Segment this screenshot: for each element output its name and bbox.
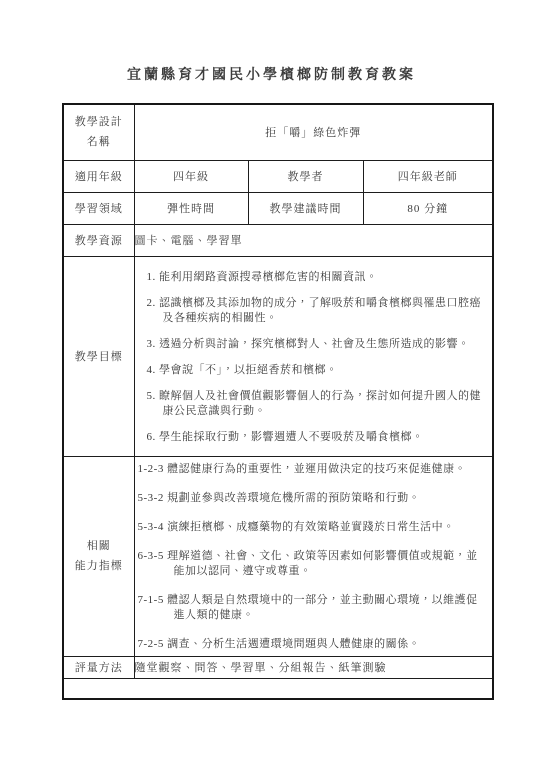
objective-item: 2. 認識檳榔及其添加物的成分，了解吸菸和嚼食檳榔與罹患口腔癌及各種疾病的相關性… — [147, 296, 487, 326]
indicators-label-line2: 能力指標 — [64, 556, 134, 576]
row-empty — [63, 678, 493, 699]
indicator-item: 7-2-5 調查、分析生活週遭環境問題與人體健康的關係。 — [138, 637, 489, 652]
resources-label: 教學資源 — [63, 224, 134, 256]
objectives-label: 教學目標 — [63, 256, 134, 456]
indicators-label: 相關 能力指標 — [63, 456, 134, 656]
indicators-list: 1-2-3 體認健康行為的重要性，並運用做決定的技巧來促進健康。 5-3-2 規… — [135, 457, 493, 656]
indicator-item: 5-3-2 規劃並參與改善環境危機所需的預防策略和行動。 — [138, 491, 489, 506]
indicator-item: 1-2-3 體認健康行為的重要性，並運用做決定的技巧來促進健康。 — [138, 462, 489, 477]
design-name-value: 拒「嚼」綠色炸彈 — [134, 104, 493, 160]
grade-value: 四年級 — [134, 160, 248, 192]
teacher-value: 四年級老師 — [363, 160, 493, 192]
resources-value: 圖卡、電腦、學習單 — [134, 224, 493, 256]
lesson-plan-table: 教學設計 名稱 拒「嚼」綠色炸彈 適用年級 四年級 教學者 四年級老師 學習領域… — [62, 103, 494, 700]
indicators-label-line1: 相關 — [64, 536, 134, 556]
row-resources: 教學資源 圖卡、電腦、學習單 — [63, 224, 493, 256]
page-title: 宜蘭縣育才國民小學檳榔防制教育教案 — [0, 64, 543, 84]
row-evaluation: 評量方法 隨堂觀察、問答、學習單、分組報告、紙筆測驗 — [63, 656, 493, 678]
objective-item: 5. 瞭解個人及社會價值觀影響個人的行為，探討如何提升國人的健康公民意識與行動。 — [147, 389, 487, 419]
empty-cell — [63, 678, 493, 699]
objective-item: 4. 學會說「不」，以拒絕香菸和檳榔。 — [147, 363, 487, 378]
row-grade-teacher: 適用年級 四年級 教學者 四年級老師 — [63, 160, 493, 192]
time-label: 教學建議時間 — [248, 192, 363, 224]
indicators-value: 1-2-3 體認健康行為的重要性，並運用做決定的技巧來促進健康。 5-3-2 規… — [134, 456, 493, 656]
teacher-label: 教學者 — [248, 160, 363, 192]
objective-item: 1. 能利用網路資源搜尋檳榔危害的相關資訊。 — [147, 270, 487, 285]
design-name-label: 教學設計 名稱 — [63, 104, 134, 160]
time-value: 80 分鐘 — [363, 192, 493, 224]
objective-item: 3. 透過分析與討論，探究檳榔對人、社會及生態所造成的影響。 — [147, 337, 487, 352]
indicator-item: 5-3-4 演練拒檳榔、成癮藥物的有效策略並實踐於日常生活中。 — [138, 520, 489, 535]
evaluation-value: 隨堂觀察、問答、學習單、分組報告、紙筆測驗 — [134, 656, 493, 678]
row-design-name: 教學設計 名稱 拒「嚼」綠色炸彈 — [63, 104, 493, 160]
lesson-plan-page: { "page": { "title": "宜蘭縣育才國民小學檳榔防制教育教案"… — [0, 0, 543, 768]
indicator-item: 6-3-5 理解道德、社會、文化、政策等因素如何影響價值或規範，並能加以認同、遵… — [138, 549, 489, 579]
row-objectives: 教學目標 1. 能利用網路資源搜尋檳榔危害的相關資訊。 2. 認識檳榔及其添加物… — [63, 256, 493, 456]
evaluation-label: 評量方法 — [63, 656, 134, 678]
objectives-list: 1. 能利用網路資源搜尋檳榔危害的相關資訊。 2. 認識檳榔及其添加物的成分，了… — [135, 263, 493, 449]
indicator-item: 7-1-5 體認人類是自然環境中的一部分，並主動關心環境，以維護促進人類的健康。 — [138, 593, 489, 623]
domain-value: 彈性時間 — [134, 192, 248, 224]
domain-label: 學習領域 — [63, 192, 134, 224]
objectives-value: 1. 能利用網路資源搜尋檳榔危害的相關資訊。 2. 認識檳榔及其添加物的成分，了… — [134, 256, 493, 456]
row-domain-time: 學習領域 彈性時間 教學建議時間 80 分鐘 — [63, 192, 493, 224]
grade-label: 適用年級 — [63, 160, 134, 192]
design-name-label-line2: 名稱 — [64, 132, 134, 152]
objective-item: 6. 學生能採取行動，影響週遭人不要吸菸及嚼食檳榔。 — [147, 430, 487, 445]
row-indicators: 相關 能力指標 1-2-3 體認健康行為的重要性，並運用做決定的技巧來促進健康。… — [63, 456, 493, 656]
design-name-label-line1: 教學設計 — [64, 112, 134, 132]
